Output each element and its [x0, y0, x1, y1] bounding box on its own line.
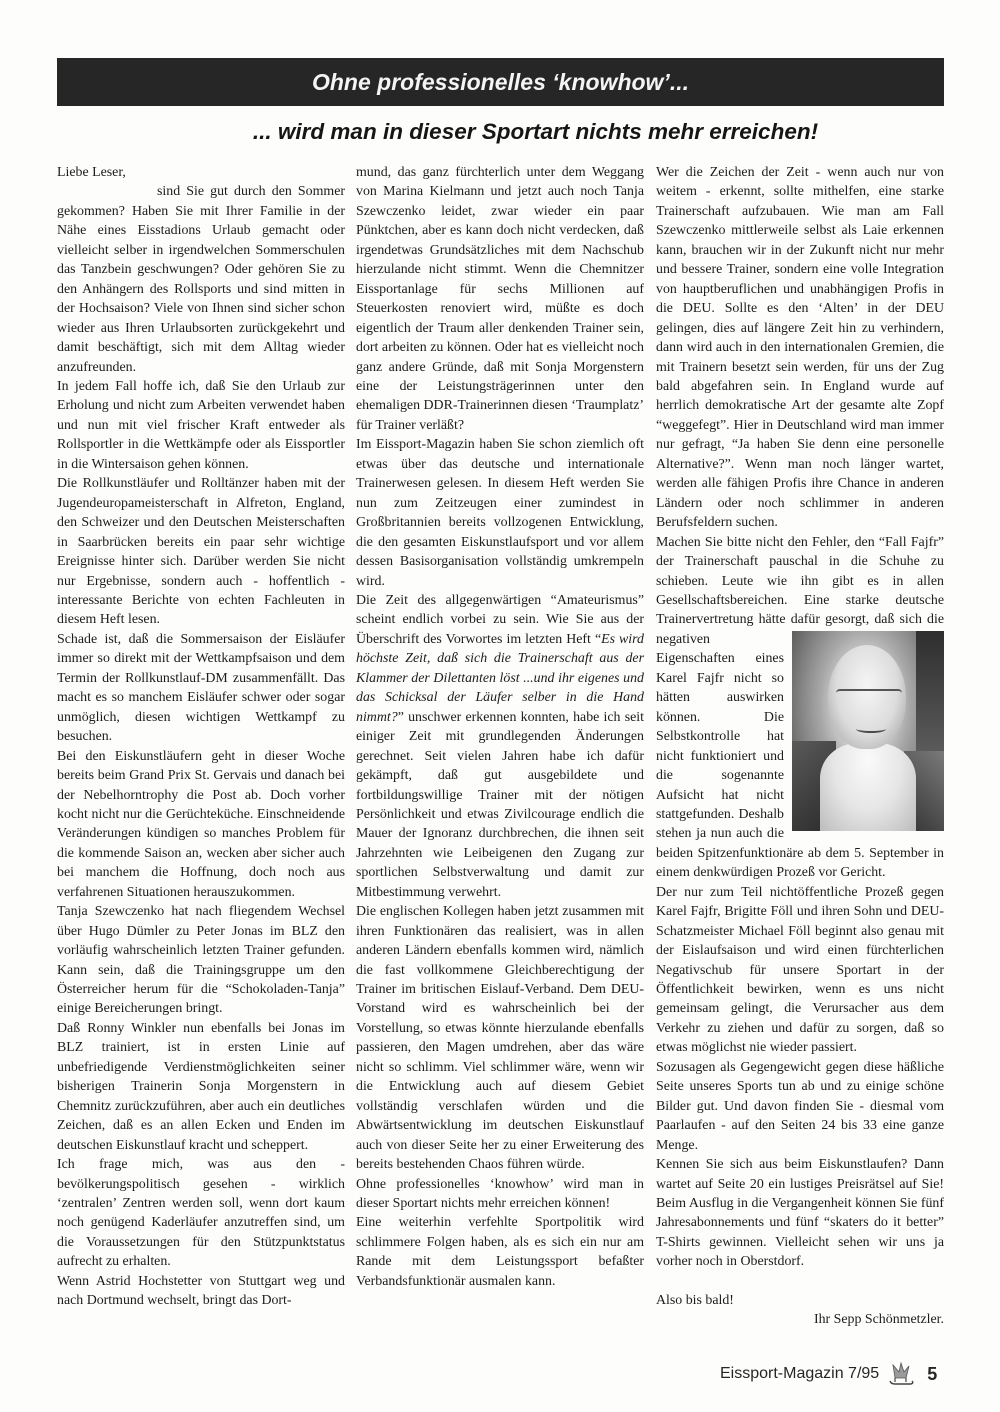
- subheadline: ... wird man in dieser Sportart nichts m…: [57, 112, 944, 152]
- article-column-1: Liebe Leser, sind Sie gut durch den Somm…: [57, 163, 345, 1311]
- page-number: 5: [927, 1364, 937, 1385]
- paragraph: Liebe Leser, sind Sie gut durch den Somm…: [57, 163, 345, 377]
- paragraph: mund, das ganz fürchterlich unter dem We…: [356, 163, 644, 435]
- photo-glasses: [836, 689, 902, 705]
- paragraph: Die englischen Kollegen haben jetzt zusa…: [356, 902, 644, 1174]
- text-run: ” unschwer erkennen konnten, habe ich se…: [356, 710, 644, 900]
- photo-background: [916, 631, 944, 751]
- article-column-2: mund, das ganz fürchterlich unter dem We…: [356, 163, 644, 1291]
- paragraph: Im Eissport-Magazin haben Sie schon ziem…: [356, 435, 644, 591]
- signature: Ihr Sepp Schönmetzler.: [656, 1310, 944, 1329]
- paragraph: Tanja Szewczenko hat nach fliegendem Wec…: [57, 902, 345, 1019]
- photo-mouth: [856, 725, 886, 733]
- paragraph: Daß Ronny Winkler nun ebenfalls bei Jona…: [57, 1019, 345, 1155]
- article-column-3: Wer die Zeichen der Zeit - wenn auch nur…: [656, 163, 944, 1330]
- paragraph: Die Rollkunstläufer und Rolltänzer haben…: [57, 474, 345, 630]
- paragraph: Eine weiterhin verfehlte Sportpolitik wi…: [356, 1213, 644, 1291]
- paragraph: Kennen Sie sich aus beim Eiskunstlaufen?…: [656, 1155, 944, 1272]
- paragraph: Wenn Astrid Hochstetter von Stuttgart we…: [57, 1272, 345, 1311]
- paragraph: Der nur zum Teil nichtöffentliche Prozeß…: [656, 883, 944, 1058]
- paragraph: In jedem Fall hoffe ich, daß Sie den Url…: [57, 377, 345, 474]
- paragraph: Machen Sie bitte nicht den Fehler, den “…: [656, 533, 944, 883]
- subheadline-text: ... wird man in dieser Sportart nichts m…: [253, 119, 818, 145]
- photo-collar: [820, 743, 916, 831]
- portrait-photo: [792, 631, 944, 831]
- headline: Ohne professionelles ‘knowhow’...: [312, 69, 689, 96]
- paragraph: Sozusagen als Gegengewicht gegen diese h…: [656, 1058, 944, 1155]
- headline-banner: Ohne professionelles ‘knowhow’...: [57, 58, 944, 106]
- paragraph: Wer die Zeichen der Zeit - wenn auch nur…: [656, 163, 944, 533]
- opening-text: sind Sie gut durch den Sommer gekommen? …: [57, 184, 345, 374]
- greeting: Liebe Leser,: [57, 163, 345, 182]
- skate-logo-icon: [887, 1362, 915, 1386]
- page-footer: Eissport-Magazin 7/95 5: [720, 1362, 937, 1386]
- signoff: Also bis bald!: [656, 1291, 944, 1310]
- opening-sentence: sind Sie gut durch den Sommer gekommen? …: [57, 184, 345, 374]
- paragraph: Ich frage mich, was aus den - bevölkerun…: [57, 1155, 345, 1272]
- paragraph: Ohne professionelles ‘knowhow’ wird man …: [356, 1175, 644, 1214]
- paragraph: Die Zeit des allgegenwärtigen “Amateuris…: [356, 591, 644, 902]
- paragraph: Schade ist, daß die Sommersaison der Eis…: [57, 630, 345, 747]
- magazine-issue: Eissport-Magazin 7/95: [720, 1365, 879, 1383]
- paragraph: Bei den Eiskunstläufern geht in dieser W…: [57, 747, 345, 903]
